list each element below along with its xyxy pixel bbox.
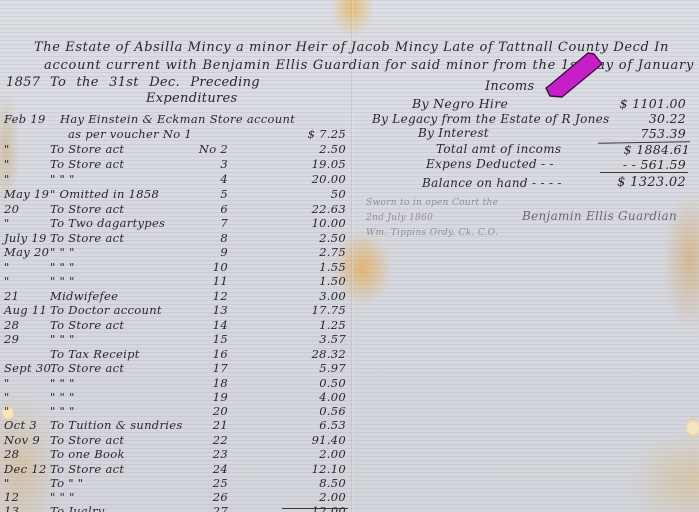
expenditure-description: To Store act (50, 157, 124, 171)
income-item-amount: $ 1101.00 (590, 96, 686, 111)
expense-deducted-label: Expens Deducted - - (426, 157, 554, 171)
expenditure-amount: 0.50 (262, 376, 346, 390)
expenditure-amount: 3.57 (262, 332, 346, 346)
expenditure-voucher-number: 25 (180, 476, 228, 490)
heading-year: 1857 (6, 75, 40, 90)
expenditure-amount: 2.00 (262, 490, 346, 504)
expenditure-date: " (4, 376, 10, 390)
expenditure-date: " (4, 404, 10, 418)
expenditure-date: Oct 3 (4, 418, 37, 432)
expenditure-voucher-number: 20 (180, 404, 228, 418)
expenditure-amount: 28.32 (262, 347, 346, 361)
expenditure-description: " " " (50, 332, 75, 346)
expenditure-amount: 10.00 (262, 216, 346, 230)
expenditure-description: To one Book (50, 447, 125, 461)
expenditure-date: " (4, 476, 10, 490)
expenditure-date: " (4, 142, 10, 156)
expenditure-date: " (4, 172, 10, 186)
sum-rule (282, 508, 348, 509)
expenditure-description: To Doctor account (50, 303, 162, 317)
expenditure-voucher-number: 6 (180, 202, 228, 216)
expenditure-amount: 19.05 (262, 157, 346, 171)
expenditure-amount: 3.00 (262, 289, 346, 303)
expenditure-date: " (4, 216, 10, 230)
income-item-desc: By Interest (418, 126, 489, 140)
expenditure-description: " " " (50, 390, 75, 404)
expenditure-amount: 2.50 (262, 231, 346, 245)
expenditure-description: To Store act (50, 202, 124, 216)
guardian-signature: Benjamin Ellis Guardian (522, 209, 677, 223)
expenditure-date: 12 (4, 490, 19, 504)
balance-label: Balance on hand - - - - (422, 176, 562, 190)
expenditure-voucher-number: 9 (180, 245, 228, 259)
expenditure-voucher-number: 21 (180, 418, 228, 432)
income-item-amount: 30.22 (590, 111, 686, 126)
expenditure-amount: 22.63 (262, 202, 346, 216)
expenditure-date: " (4, 260, 10, 274)
expenditure-description: To Store act (50, 433, 124, 447)
expenditure-description: To Jualry (50, 504, 105, 512)
expenditure-amount: 1.50 (262, 274, 346, 288)
expenditure-amount: 20.00 (262, 172, 346, 186)
expenditure-voucher-number: 13 (180, 303, 228, 317)
expenditure-date: May 20 (4, 245, 49, 259)
expenditure-amount: 5.97 (262, 361, 346, 375)
balance-amount: $ 1323.02 (586, 175, 686, 190)
expenditure-description: To Store act (50, 231, 124, 245)
expenditure-description: Hay Einstein & Eckman Store account (60, 112, 295, 126)
expenditure-amount: 6.53 (262, 418, 346, 432)
total-income-amount: $ 1884.61 (590, 142, 690, 157)
expenditure-description: " " " (50, 404, 75, 418)
expenditure-date: May 19 (4, 187, 49, 201)
expenditure-description: To Tax Receipt (50, 347, 140, 361)
clerk-note-line: Wm. Tippins Ordy. Ck. C.O. (366, 228, 498, 238)
total-income-label: Total amt of incoms (436, 142, 561, 156)
income-item-desc: By Legacy from the Estate of R Jones (372, 112, 609, 126)
expenditure-date: Sept 30 (4, 361, 51, 375)
expenditure-voucher-number: 15 (180, 332, 228, 346)
expenditure-amount: 4.00 (262, 390, 346, 404)
expenditure-voucher-number: 14 (180, 318, 228, 332)
expenditure-date: Dec 12 (4, 462, 47, 476)
center-fold (351, 0, 353, 512)
expenditure-voucher-number: 5 (180, 187, 228, 201)
expenditure-amount: 91.40 (262, 433, 346, 447)
expenditure-voucher-number: 12 (180, 289, 228, 303)
expenditure-date: 29 (4, 332, 19, 346)
expenditure-date: " (4, 390, 10, 404)
expenditure-voucher-number: 16 (180, 347, 228, 361)
expenditure-description: " " " (50, 490, 75, 504)
expenditure-description: Midwifefee (50, 289, 118, 303)
expenditure-amount: 2.00 (262, 447, 346, 461)
expenditure-date: 21 (4, 289, 19, 303)
expenditure-amount: 17.75 (262, 303, 346, 317)
expenditure-description: To Store act (50, 318, 124, 332)
expenditure-description: To Store act (50, 142, 124, 156)
expenditure-voucher-number: 24 (180, 462, 228, 476)
expenditure-amount: 12.10 (262, 462, 346, 476)
expenditure-amount: 50 (262, 187, 346, 201)
expenditure-voucher-number: 19 (180, 390, 228, 404)
expenditure-date: 28 (4, 318, 19, 332)
expenditure-voucher-number: 3 (180, 157, 228, 171)
expenditure-description: To Two dagartypes (50, 216, 165, 230)
expenditure-description: To Store act (50, 361, 124, 375)
expenditure-voucher-number: 17 (180, 361, 228, 375)
expenditure-voucher-number: 4 (180, 172, 228, 186)
expenditure-date: 28 (4, 447, 19, 461)
income-item-desc: By Negro Hire (412, 96, 508, 111)
balance-rule (600, 172, 688, 173)
expenditure-voucher-number: 22 (180, 433, 228, 447)
expenditure-description: " " " (50, 172, 75, 186)
expenditure-voucher-number: 18 (180, 376, 228, 390)
expenditure-date: Aug 11 (4, 303, 47, 317)
clerk-note-line: Sworn to in open Court the (366, 198, 498, 208)
expenditure-voucher-number: 26 (180, 490, 228, 504)
expenditure-amount: 2.50 (262, 142, 346, 156)
expenditure-date: 20 (4, 202, 19, 216)
income-title: Incoms (485, 79, 534, 94)
expenditure-description: as per voucher No 1 (68, 127, 192, 141)
expenditure-voucher-number: 8 (180, 231, 228, 245)
expenditure-description: " " " (50, 376, 75, 390)
paper-hole (686, 418, 699, 438)
expenditure-voucher-number: 27 (180, 504, 228, 512)
expenditure-date: " (4, 274, 10, 288)
expenditure-date: July 19 (4, 231, 47, 245)
heading-line-3: To the 31st Dec. Preceding (50, 75, 260, 90)
expenditure-date: 13 (4, 504, 19, 512)
expenditure-description: " Omitted in 1858 (50, 187, 159, 201)
clerk-note-line: 2nd July 1860 (366, 213, 433, 223)
expenditure-voucher-number: 7 (180, 216, 228, 230)
expenditure-description: " " " (50, 245, 75, 259)
expenditure-date: Feb 19 (4, 112, 46, 126)
expenditure-amount: 2.75 (262, 245, 346, 259)
expenditure-voucher-number: 10 (180, 260, 228, 274)
expenditure-amount: 1.55 (262, 260, 346, 274)
expenditure-amount: 8.50 (262, 476, 346, 490)
expenditure-amount: 1.25 (262, 318, 346, 332)
expenditure-description: To Store act (50, 462, 124, 476)
expenditure-amount: 0.56 (262, 404, 346, 418)
expenditure-amount: $ 7.25 (262, 127, 346, 141)
income-item-amount: 753.39 (590, 126, 686, 141)
expenditure-date: " (4, 157, 10, 171)
expense-deducted-amount: - - 561.59 (590, 157, 686, 172)
expenditure-date: Nov 9 (4, 433, 40, 447)
expenditure-description: To " " (50, 476, 83, 490)
expenditures-title: Expenditures (146, 91, 237, 106)
expenditure-description: " " " (50, 260, 75, 274)
expenditure-description: " " " (50, 274, 75, 288)
expenditure-voucher-number: 11 (180, 274, 228, 288)
arrow-marker-icon (544, 52, 604, 98)
expenditure-voucher-number: No 2 (180, 142, 228, 156)
expenditure-voucher-number: 23 (180, 447, 228, 461)
expenditure-description: To Tuition & sundries (50, 418, 183, 432)
